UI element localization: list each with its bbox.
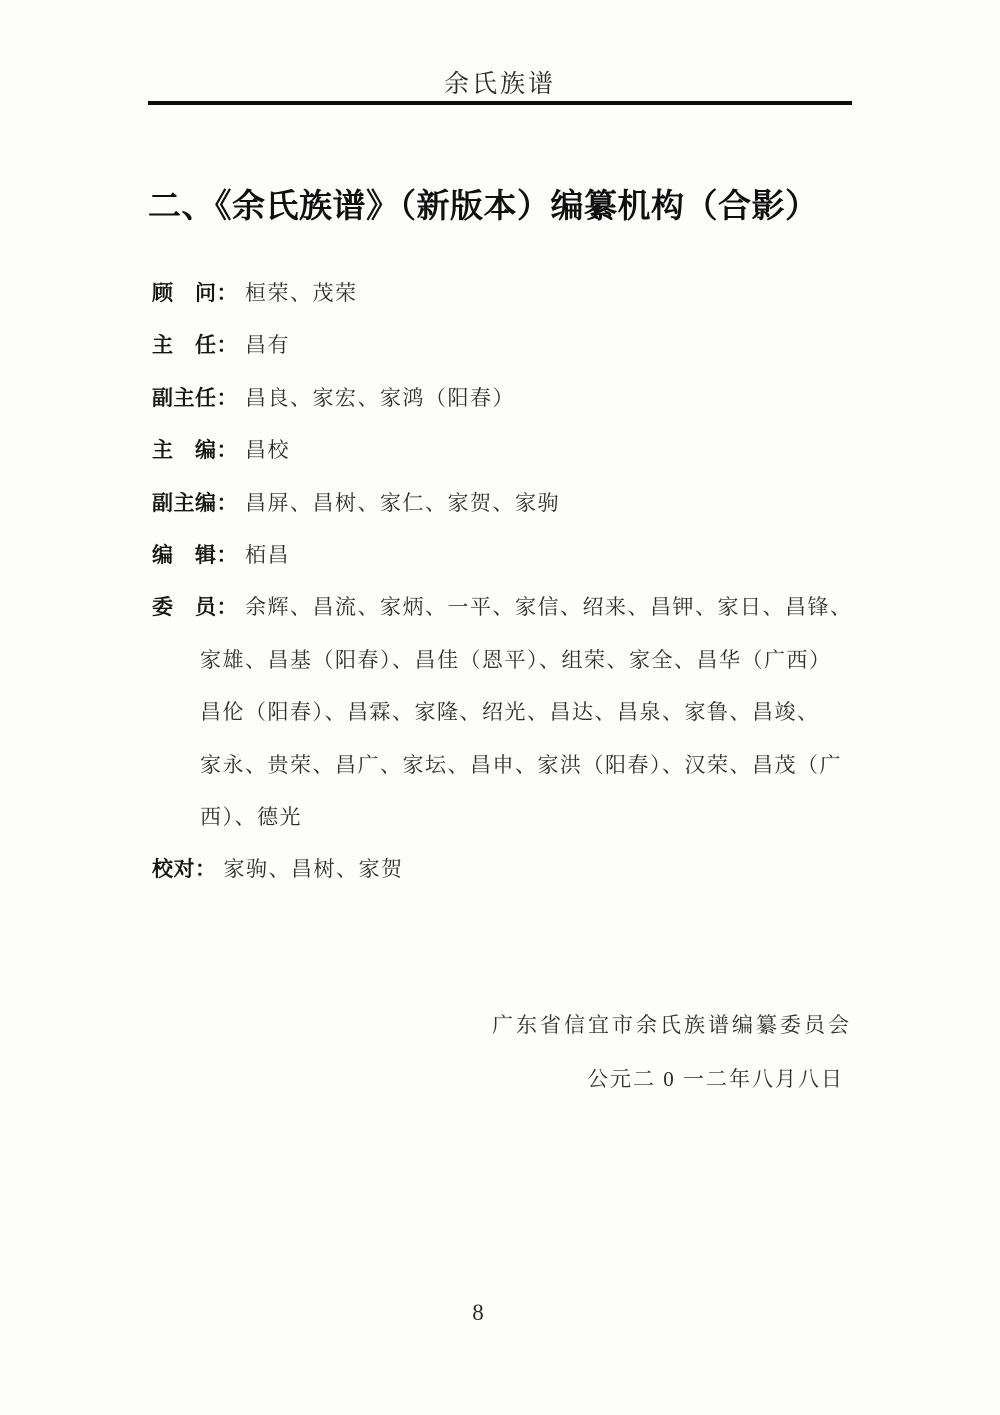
role-label: 校对： [152, 858, 217, 881]
header-rule-divider [148, 101, 852, 105]
role-line: 副主任：昌良、家宏、家鸿（阳春） [152, 372, 864, 424]
role-names-continued: 昌伦（阳春）、昌霖、家隆、绍光、昌达、昌泉、家鲁、昌竣、 [152, 686, 864, 738]
section-title: 二、《余氏族谱》（新版本）编纂机构（合影） [148, 180, 856, 227]
signature-organization: 广东省信宜市余氏族谱编纂委员会 [492, 998, 852, 1052]
role-line: 顾 问：桓荣、茂荣 [152, 267, 864, 319]
role-names: 昌良、家宏、家鸿（阳春） [245, 386, 515, 410]
role-entry: 副主任：昌良、家宏、家鸿（阳春） [152, 372, 864, 424]
role-names-continued: 西）、德光 [152, 791, 864, 843]
signature-date: 公元二 0 一二年八月八日 [492, 1052, 844, 1106]
role-line: 副主编：昌屏、昌树、家仁、家贺、家驹 [152, 477, 864, 529]
role-line: 委 员：余辉、昌流、家炳、一平、家信、绍来、昌钾、家日、昌锋、 [152, 581, 864, 633]
role-line: 主 编：昌校 [152, 424, 864, 476]
running-header: 余氏族谱 [0, 64, 1000, 100]
role-names: 栢昌 [245, 543, 290, 567]
role-names: 昌校 [245, 438, 290, 462]
role-entry: 主 任：昌有 [152, 319, 864, 371]
role-label: 副主编： [152, 492, 238, 515]
document-page: 余氏族谱 二、《余氏族谱》（新版本）编纂机构（合影） 顾 问：桓荣、茂荣主 任：… [0, 0, 1000, 1415]
role-entry: 校对：家驹、昌树、家贺 [152, 843, 864, 895]
role-label: 委 员： [152, 596, 238, 619]
role-label: 编 辑： [152, 544, 238, 567]
role-line: 校对：家驹、昌树、家贺 [152, 843, 864, 895]
role-line: 主 任：昌有 [152, 319, 864, 371]
role-names: 家驹、昌树、家贺 [224, 857, 404, 881]
role-names-continued: 家永、贵荣、昌广、家坛、昌申、家洪（阳春）、汉荣、昌茂（广 [152, 739, 864, 791]
role-entry: 委 员：余辉、昌流、家炳、一平、家信、绍来、昌钾、家日、昌锋、家雄、昌基（阳春）… [152, 581, 864, 843]
role-names: 昌屏、昌树、家仁、家贺、家驹 [245, 491, 560, 515]
role-label: 主 编： [152, 439, 238, 462]
role-entry: 编 辑：栢昌 [152, 529, 864, 581]
role-label: 副主任： [152, 387, 238, 410]
page-number: 8 [0, 1300, 956, 1326]
role-entry: 顾 问：桓荣、茂荣 [152, 267, 864, 319]
role-names: 昌有 [245, 333, 290, 357]
role-label: 顾 问： [152, 282, 238, 305]
role-entry: 主 编：昌校 [152, 424, 864, 476]
signature-block: 广东省信宜市余氏族谱编纂委员会 公元二 0 一二年八月八日 [492, 998, 852, 1106]
role-entry: 副主编：昌屏、昌树、家仁、家贺、家驹 [152, 477, 864, 529]
role-line: 编 辑：栢昌 [152, 529, 864, 581]
role-names: 桓荣、茂荣 [245, 281, 358, 305]
role-label: 主 任： [152, 334, 238, 357]
role-names: 余辉、昌流、家炳、一平、家信、绍来、昌钾、家日、昌锋、 [245, 595, 853, 619]
role-names-continued: 家雄、昌基（阳春）、昌佳（恩平）、组荣、家全、昌华（广西） [152, 634, 864, 686]
roles-list: 顾 问：桓荣、茂荣主 任：昌有副主任：昌良、家宏、家鸿（阳春）主 编：昌校副主编… [152, 267, 864, 896]
